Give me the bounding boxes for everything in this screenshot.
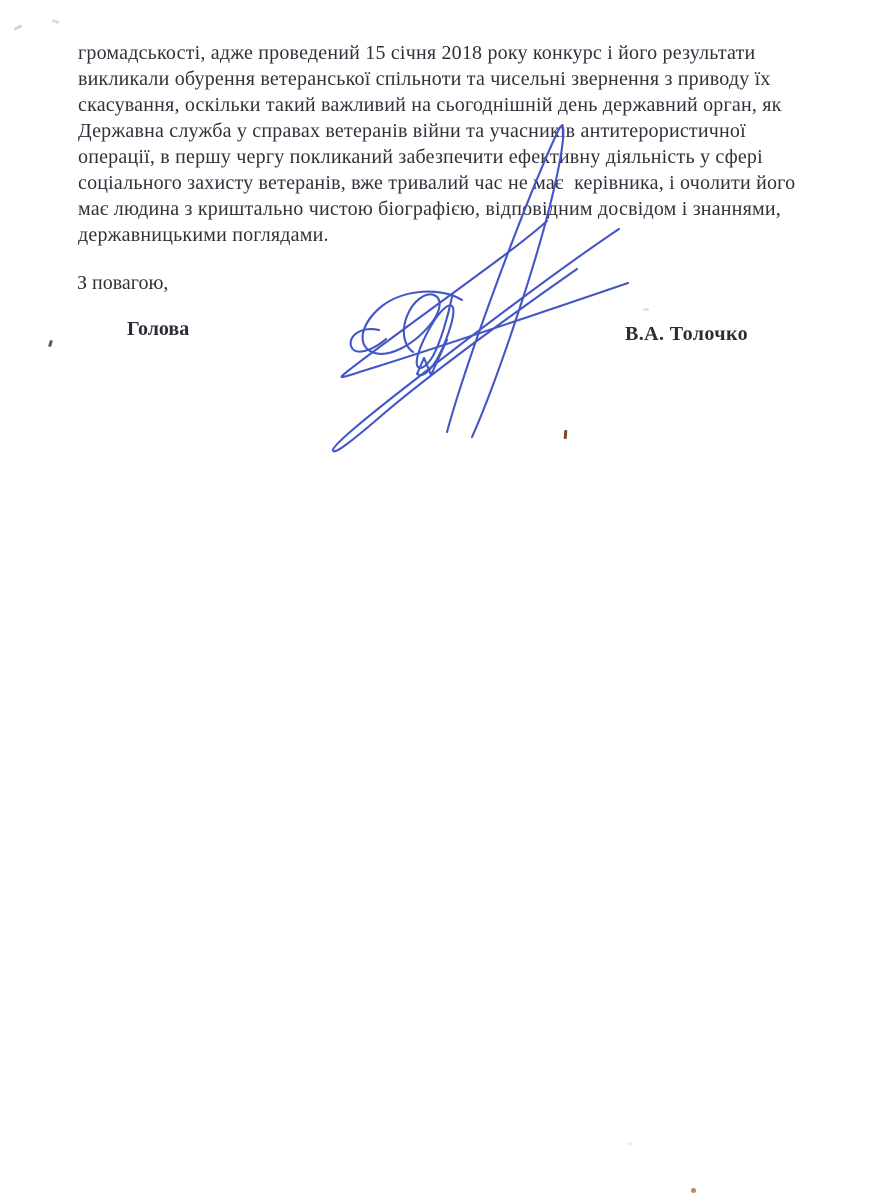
scan-speck (691, 1188, 696, 1193)
body-line: громадськості, адже проведений 15 січня … (78, 40, 820, 66)
scan-speck (48, 340, 53, 348)
signature-stroke (351, 329, 386, 352)
scan-speck (14, 24, 23, 30)
closing-salutation: З повагою, (77, 272, 168, 295)
scanned-letter-page: громадськості, адже проведений 15 січня … (0, 0, 872, 1200)
scan-speck (628, 1142, 632, 1145)
handwritten-signature-ink (300, 110, 645, 470)
body-line: викликали обурення ветеранської спільнот… (78, 66, 820, 92)
signer-title: Голова (127, 318, 189, 341)
scan-speck (52, 19, 60, 24)
